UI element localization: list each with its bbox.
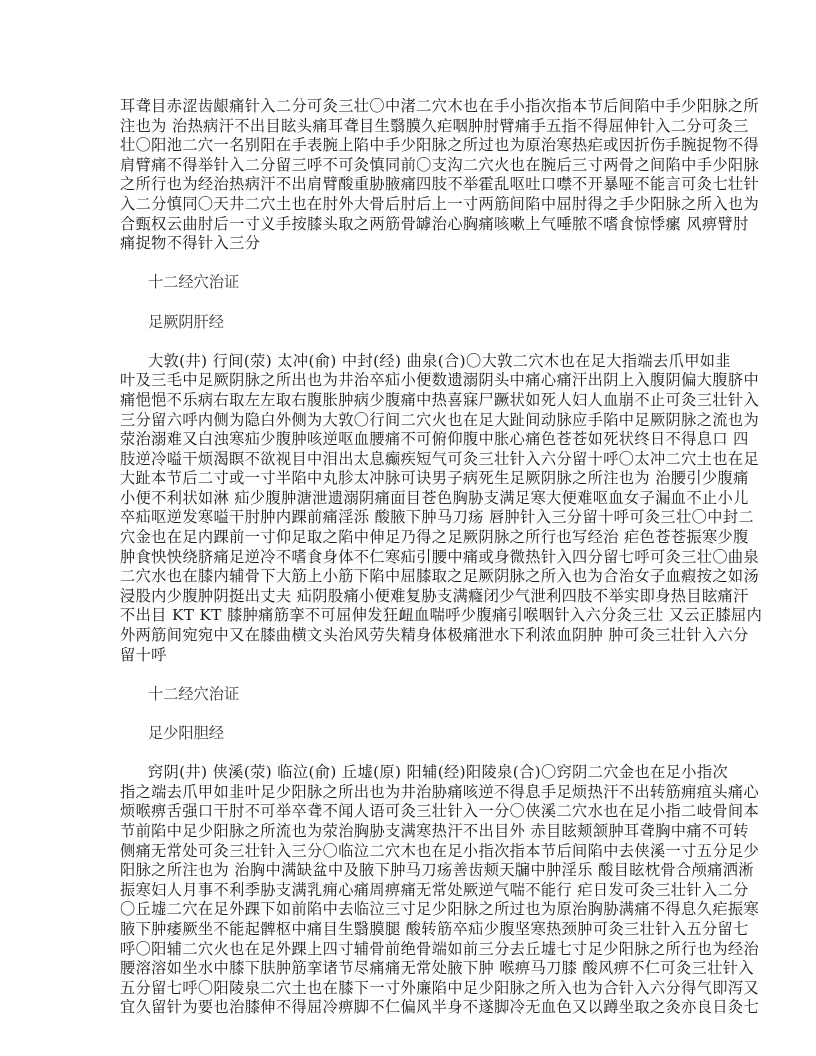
text-line: 腋下肿痿厥坐不能起髀枢中痛目生翳膜腿 酸转筋卒疝少腹坚寒热颈肿可灸三壮针入五分留… xyxy=(120,920,700,940)
text-line: 指之端去爪甲如韭叶足少阳脉之所出也为井治胁痛咳逆不得息手足烦热汗不出转筋痈疽头痛… xyxy=(120,783,700,803)
text-line: 阳脉之所注也为 治胸中满缺盆中及腋下肿马刀疡善齿颊天牖中肿淫乐 酸目眩枕骨合颅痛… xyxy=(120,861,700,881)
text-line: 外两筋间宛宛中又在膝曲横文头治风劳失精身体极痛泄水下利浓血阴肿 肿可灸三壮针入六… xyxy=(120,626,700,646)
text-line: 痛悒悒不乐病右取左左取右腹胀肿病少腹痛中热喜寐尸蹶状如死人妇人血崩不止可灸三壮针… xyxy=(120,391,700,411)
text-line: 大趾本节后二寸或一寸半陷中丸胗太冲脉可诀男子病死生足厥阴脉之所注也为 治腰引少腹… xyxy=(120,469,700,489)
text-line: 之所行也为经治热病汗不出肩臂酸重胁腋痛四肢不举霍乱呕吐口噤不开暴哑不能言可灸七壮… xyxy=(120,175,700,195)
text-line: 留十呼 xyxy=(120,646,700,666)
text-line: 肿食怏怏绕脐痛足逆冷不嗜食身体不仁寒疝引腰中痛或身微热针入四分留七呼可灸三壮〇曲… xyxy=(120,548,700,568)
text-line: 五分留七呼〇阳陵泉二穴土也在膝下一寸外廉陷中足少阳脉之所入也为合针入六分得气即泻… xyxy=(120,979,700,999)
text-line: 振寒妇人月事不利季胁支满乳痈心痛周痹痛无常处厥逆气喘不能行 疟日发可灸三壮针入二… xyxy=(120,881,700,901)
section-heading: 十二经穴治证 xyxy=(120,273,700,293)
text-line: 穴金也在足内踝前一寸仰足取之陷中伸足乃得之足厥阴脉之所行也写经治 疟色苍苍振寒少… xyxy=(120,528,700,548)
text-line: 不出目 KT KT 膝肿痛筋挛不可屈伸发狂衄血喘呼少腹痛引喉咽针入六分灸三壮 又… xyxy=(120,606,700,626)
document-page: 耳聋目赤涩齿龈痛针入二分可灸三壮〇中渚二穴木也在手小指次指本节后间陷中手少阳脉之… xyxy=(120,97,700,1018)
text-line: 宜久留针为要也治膝伸不得屈冷痹脚不仁偏风半身不遂脚冷无血色又以蹲坐取之灸亦良日灸… xyxy=(120,998,700,1018)
text-line: 叶及三毛中足厥阴脉之所出也为井治卒疝小便数遗溺阴头中痛心痛汗出阴上入腹阴偏大腹脐… xyxy=(120,371,700,391)
text-line: 肢逆冷嗌干烦渴瞑不欲视目中泪出太息癫疾短气可灸三壮针入六分留十呼〇太冲二穴土也在… xyxy=(120,450,700,470)
section2-paragraph: 窍阴(井) 侠溪(荥) 临泣(俞) 丘墟(原) 阳辅(经)阳陵泉(合)〇窍阴二穴… xyxy=(120,763,700,1018)
text-line: 注也为 治热病汗不出目眩头痛耳聋目生翳膜久疟咽肿肘臂痛手五指不得屈伸针入二分可灸… xyxy=(120,117,700,137)
text-line: 荥治溺难又白浊寒疝少腹肿咳逆呕血腰痛不可俯仰腹中胀心痛色苍苍如死状终日不得息口 … xyxy=(120,430,700,450)
text-line: 三分留六呼内侧为隐白外侧为大敦〇行间二穴火也在足大趾间动脉应手陷中足厥阴脉之流也… xyxy=(120,411,700,431)
text-line: 节前陷中足少阳脉之所流也为荥治胸胁支满寒热汗不出目外 赤目眩颊颔肿耳聋胸中痛不可… xyxy=(120,822,700,842)
text-line: 浸股内少腹肿阴挺出丈夫 疝阴股痛小便难复胁支满癃闭少气泄利四肢不举实即身热目眩痛… xyxy=(120,587,700,607)
continuation-paragraph: 耳聋目赤涩齿龈痛针入二分可灸三壮〇中渚二穴木也在手小指次指本节后间陷中手少阳脉之… xyxy=(120,97,700,254)
text-line: 肩臂痛不得举针入二分留三呼不可灸慎同前〇支沟二穴火也在腕后三寸两骨之间陷中手少阳… xyxy=(120,156,700,176)
text-line: 大敦(井) 行间(荥) 太冲(俞) 中封(经) 曲泉(合)〇大敦二穴木也在足大指… xyxy=(120,352,700,372)
text-line: 二穴水也在膝内辅骨下大筋上小筋下陷中屈膝取之足厥阴脉之所入也为合治女子血瘕按之如… xyxy=(120,567,700,587)
text-line: 烦喉痹舌强口干肘不可举卒聋不闻人语可灸三壮针入一分〇侠溪二穴水也在足小指二岐骨间… xyxy=(120,802,700,822)
section-subheading: 足少阳胆经 xyxy=(120,724,700,744)
text-line: 壮〇阳池二穴一名别阳在手表腕上陷中手少阳脉之所过也为原治寒热疟或因折伤手腕捉物不… xyxy=(120,136,700,156)
text-line: 痛捉物不得针入三分 xyxy=(120,234,700,254)
text-line: 入二分慎同〇天井二穴土也在肘外大骨后肘后上一寸两筋间陷中屈肘得之手少阳脉之所入也… xyxy=(120,195,700,215)
text-line: 窍阴(井) 侠溪(荥) 临泣(俞) 丘墟(原) 阳辅(经)阳陵泉(合)〇窍阴二穴… xyxy=(120,763,700,783)
text-line: 小便不利状如淋 疝少腹肿溏泄遗溺阴痛面目苍色胸胁支满足寒大便难呕血女子漏血不止小… xyxy=(120,489,700,509)
section1-paragraph: 大敦(井) 行间(荥) 太冲(俞) 中封(经) 曲泉(合)〇大敦二穴木也在足大指… xyxy=(120,352,700,666)
text-line: 合甄权云曲肘后一寸义手按膝头取之两筋骨罅治心胸痛咳嗽上气唾脓不嗜食惊悸瘰 风痹臂… xyxy=(120,215,700,235)
text-line: 耳聋目赤涩齿龈痛针入二分可灸三壮〇中渚二穴木也在手小指次指本节后间陷中手少阳脉之… xyxy=(120,97,700,117)
text-line: 〇丘墟二穴在足外踝下如前陷中去临泣三寸足少阳脉之所过也为原治胸胁满痛不得息久疟振… xyxy=(120,900,700,920)
text-line: 呼〇阳辅二穴火也在足外踝上四寸辅骨前绝骨端如前三分去丘墟七寸足少阳脉之所行也为经… xyxy=(120,940,700,960)
text-line: 腰溶溶如坐水中膝下肤肿筋挛诸节尽痛痛无常处腋下肿 喉痹马刀膝 酸风痹不仁可灸三壮… xyxy=(120,959,700,979)
text-line: 侧痛无常处可灸三壮针入三分〇临泣二穴木也在足小指次指本节后间陷中去侠溪一寸五分足… xyxy=(120,842,700,862)
section-subheading: 足厥阴肝经 xyxy=(120,313,700,333)
text-line: 卒疝呕逆发寒嗌干肘肿内踝前痛淫泺 酸腋下肿马刀疡 唇肿针入三分留十呼可灸三壮〇中… xyxy=(120,508,700,528)
section-heading: 十二经穴治证 xyxy=(120,685,700,705)
